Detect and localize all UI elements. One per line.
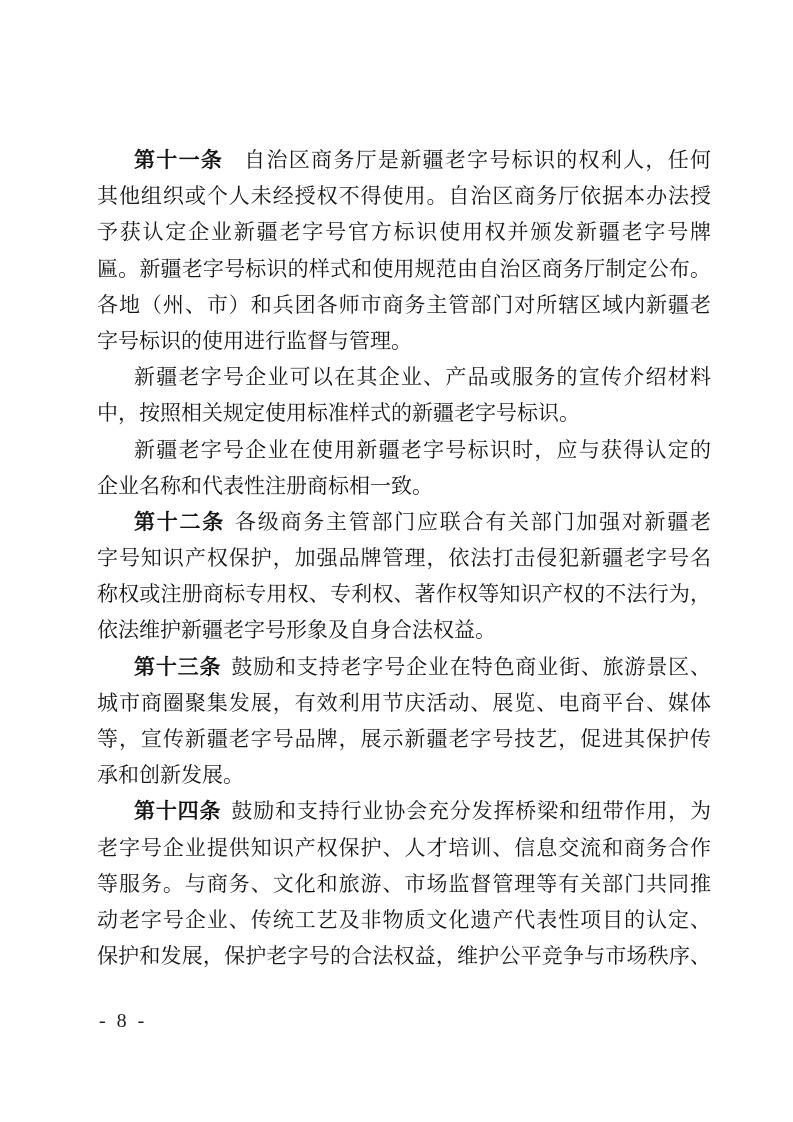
text-line: 等，宣传新疆老字号品牌，展示新疆老字号技艺，促进其保护传	[97, 721, 711, 757]
line-text: 中，按照相关规定使用标准样式的新疆老字号标识。	[97, 401, 580, 425]
line-text: 字号知识产权保护，加强品牌管理，依法打击侵犯新疆老字号名	[97, 546, 711, 570]
document-page: 第十一条自治区商务厅是新疆老字号标识的权利人，任何其他组织或个人未经授权不得使用…	[0, 0, 793, 1122]
text-line: 新疆老字号企业在使用新疆老字号标识时，应与获得认定的	[97, 432, 711, 468]
text-line: 新疆老字号企业可以在其企业、产品或服务的宣传介绍材料	[97, 359, 711, 395]
line-text: 等服务。与商务、文化和旅游、市场监督管理等有关部门共同推	[97, 872, 711, 896]
text-line: 第十二条各级商务主管部门应联合有关部门加强对新疆老	[97, 504, 711, 540]
line-text: 承和创新发展。	[97, 763, 244, 787]
text-line: 等服务。与商务、文化和旅游、市场监督管理等有关部门共同推	[97, 866, 711, 902]
text-line: 第十一条自治区商务厅是新疆老字号标识的权利人，任何	[97, 142, 711, 178]
line-text: 等，宣传新疆老字号品牌，展示新疆老字号技艺，促进其保护传	[97, 727, 711, 751]
text-line: 中，按照相关规定使用标准样式的新疆老字号标识。	[97, 395, 711, 431]
text-line: 予获认定企业新疆老字号官方标识使用权并颁发新疆老字号牌	[97, 214, 711, 250]
line-text: 新疆老字号企业在使用新疆老字号标识时，应与获得认定的	[134, 438, 711, 462]
line-text: 依法维护新疆老字号形象及自身合法权益。	[97, 618, 496, 642]
line-text: 自治区商务厅是新疆老字号标识的权利人，任何	[244, 148, 711, 172]
line-text: 称权或注册商标专用权、专利权、著作权等知识产权的不法行为，	[97, 582, 711, 606]
article-number: 第十一条	[134, 148, 223, 172]
text-line: 老字号企业提供知识产权保护、人才培训、信息交流和商务合作	[97, 830, 711, 866]
article-number: 第十四条	[134, 799, 221, 823]
text-line: 城市商圈聚集发展，有效利用节庆活动、展览、电商平台、媒体	[97, 685, 711, 721]
line-text: 老字号企业提供知识产权保护、人才培训、信息交流和商务合作	[97, 836, 711, 860]
line-text: 动老字号企业、传统工艺及非物质文化遗产代表性项目的认定、	[97, 908, 711, 932]
article-number: 第十二条	[134, 510, 225, 534]
page-number: - 8 -	[99, 1010, 147, 1033]
line-text: 保护和发展，保护老字号的合法权益，维护公平竞争与市场秩序、	[97, 944, 711, 968]
article-number: 第十三条	[134, 655, 221, 679]
text-line: 字号知识产权保护，加强品牌管理，依法打击侵犯新疆老字号名	[97, 540, 711, 576]
text-line: 承和创新发展。	[97, 757, 711, 793]
text-line: 企业名称和代表性注册商标相一致。	[97, 468, 711, 504]
text-line: 依法维护新疆老字号形象及自身合法权益。	[97, 612, 711, 648]
line-text: 各地（州、市）和兵团各师市商务主管部门对所辖区域内新疆老	[97, 293, 711, 317]
text-line: 各地（州、市）和兵团各师市商务主管部门对所辖区域内新疆老	[97, 287, 711, 323]
line-text: 予获认定企业新疆老字号官方标识使用权并颁发新疆老字号牌	[97, 220, 711, 244]
line-text: 城市商圈聚集发展，有效利用节庆活动、展览、电商平台、媒体	[97, 691, 711, 715]
line-text: 鼓励和支持行业协会充分发挥桥梁和纽带作用，为	[231, 799, 711, 823]
line-text: 企业名称和代表性注册商标相一致。	[97, 474, 433, 498]
text-line: 字号标识的使用进行监督与管理。	[97, 323, 711, 359]
text-line: 其他组织或个人未经授权不得使用。自治区商务厅依据本办法授	[97, 178, 711, 214]
text-line: 保护和发展，保护老字号的合法权益，维护公平竞争与市场秩序、	[97, 938, 711, 974]
text-line: 第十三条鼓励和支持老字号企业在特色商业街、旅游景区、	[97, 649, 711, 685]
line-text: 各级商务主管部门应联合有关部门加强对新疆老	[235, 510, 711, 534]
text-line: 第十四条鼓励和支持行业协会充分发挥桥梁和纽带作用，为	[97, 793, 711, 829]
line-text: 其他组织或个人未经授权不得使用。自治区商务厅依据本办法授	[97, 184, 711, 208]
text-line: 匾。新疆老字号标识的样式和使用规范由自治区商务厅制定公布。	[97, 251, 711, 287]
text-line: 动老字号企业、传统工艺及非物质文化遗产代表性项目的认定、	[97, 902, 711, 938]
document-body: 第十一条自治区商务厅是新疆老字号标识的权利人，任何其他组织或个人未经授权不得使用…	[97, 142, 711, 974]
line-text: 字号标识的使用进行监督与管理。	[97, 329, 412, 353]
text-line: 称权或注册商标专用权、专利权、著作权等知识产权的不法行为，	[97, 576, 711, 612]
line-text: 匾。新疆老字号标识的样式和使用规范由自治区商务厅制定公布。	[97, 257, 711, 281]
line-text: 新疆老字号企业可以在其企业、产品或服务的宣传介绍材料	[134, 365, 711, 389]
line-text: 鼓励和支持老字号企业在特色商业街、旅游景区、	[231, 655, 711, 679]
